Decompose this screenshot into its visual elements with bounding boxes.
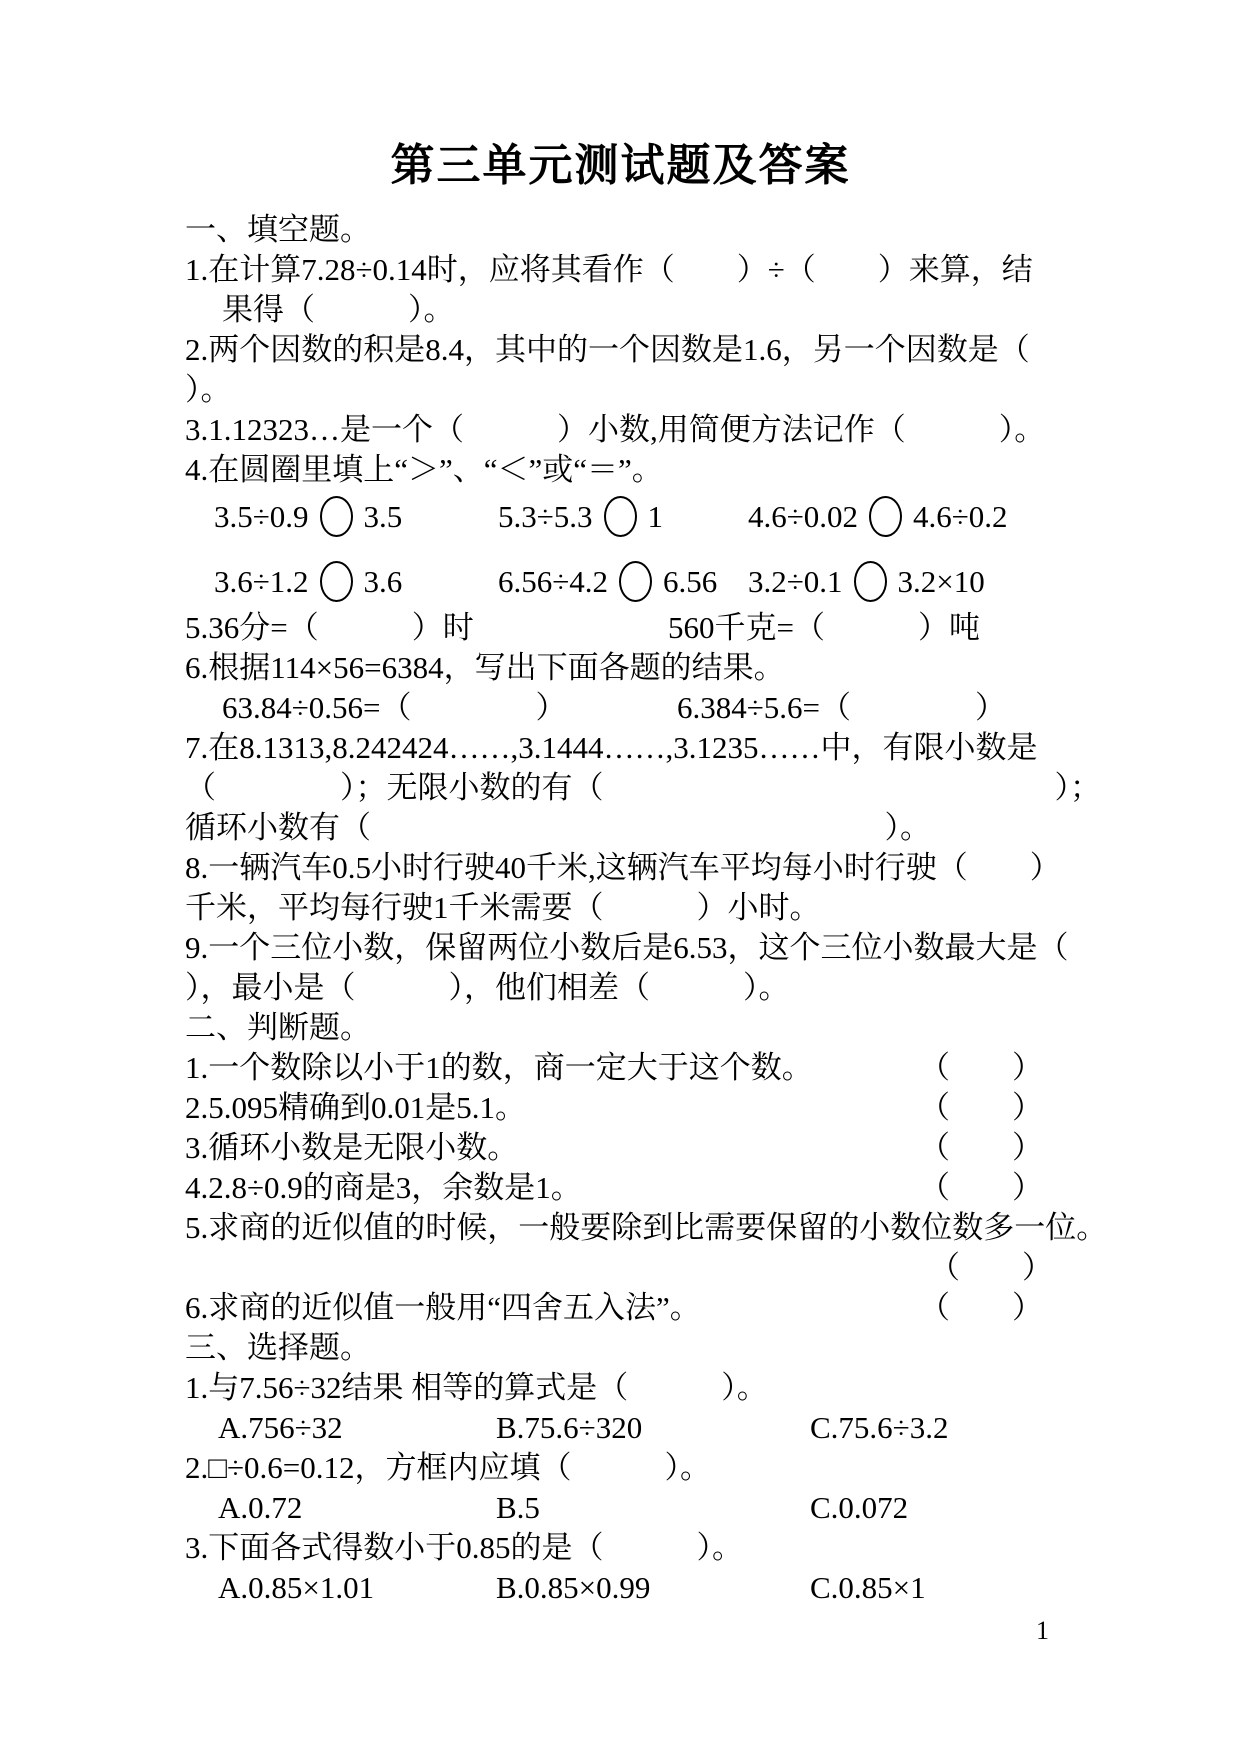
comparison-right-expr: 3.6	[364, 562, 403, 602]
section-heading-judge: 二、判断题。	[185, 1008, 1101, 1048]
fill-q8-line2: 千米，平均每行驶1千米需要（ ）小时。	[185, 888, 1101, 928]
comparison-circle	[604, 496, 637, 537]
judge-q2-text: 2.5.095精确到0.01是5.1。	[185, 1088, 526, 1128]
fill-q6: 6.根据114×56=6384，写出下面各题的结果。	[185, 648, 1101, 688]
fill-q6-answers: 63.84÷0.56=（ ） 6.384÷5.6=（ ）	[185, 688, 1101, 728]
comparison-circle	[854, 561, 887, 602]
judge-q6-answer-blank: （ ）	[919, 1288, 1043, 1328]
comparison-right-expr: 6.56	[663, 562, 717, 602]
comparison-item: 6.56÷4.2 6.56	[498, 561, 748, 602]
choice-q1-option-b: B.75.6÷320	[496, 1408, 810, 1448]
comparison-circle	[320, 496, 353, 537]
fill-q7-line1: 7.在8.1313,8.242424……,3.1444……,3.1235……中，…	[185, 728, 1101, 768]
fill-q1-line1: 1.在计算7.28÷0.14时，应将其看作（ ）÷（ ）来算，结	[185, 250, 1101, 290]
comparison-left-expr: 6.56÷4.2	[498, 562, 608, 602]
fill-q7-line3-right: ）。	[885, 808, 932, 848]
fill-q6-expr2: 6.384÷5.6=（ ）	[677, 688, 1006, 728]
choice-q1-option-a: A.756÷32	[218, 1408, 496, 1448]
fill-q5-kilograms: 560千克=（ ）吨	[668, 608, 980, 648]
choice-q3: 3.下面各式得数小于0.85的是（ ）。	[185, 1528, 1101, 1568]
judge-q4-text: 4.2.8÷0.9的商是3，余数是1。	[185, 1168, 582, 1208]
comparison-left-expr: 3.6÷1.2	[214, 562, 309, 602]
comparison-item: 5.3÷5.3 1	[498, 496, 748, 537]
choice-q3-option-b: B.0.85×0.99	[496, 1568, 810, 1608]
fill-q9-line2: ），最小是（ ），他们相差（ ）。	[185, 968, 1101, 1008]
fill-q7-line3-left: 循环小数有（	[185, 808, 371, 848]
comparison-right-expr: 3.2×10	[898, 562, 985, 602]
comparison-circle	[320, 561, 353, 602]
judge-q6-text: 6.求商的近似值一般用“四舍五入法”。	[185, 1288, 701, 1328]
comparison-left-expr: 3.2÷0.1	[748, 562, 843, 602]
choice-q3-option-a: A.0.85×1.01	[218, 1568, 496, 1608]
page-number: 1	[1036, 1616, 1049, 1646]
comparison-circle	[619, 561, 652, 602]
fill-q4: 4.在圆圈里填上“＞”、“＜”或“＝”。	[185, 450, 1101, 490]
comparison-left-expr: 4.6÷0.02	[748, 497, 858, 537]
judge-q5-text: 5.求商的近似值的时候，一般要除到比需要保留的小数位数多一位。	[185, 1208, 1101, 1248]
fill-q3: 3.1.12323…是一个（ ）小数,用简便方法记作（ ）。	[185, 410, 1101, 450]
judge-q3-text: 3.循环小数是无限小数。	[185, 1128, 518, 1168]
judge-q3-answer-blank: （ ）	[919, 1128, 1043, 1168]
fill-q5-minutes: 5.36分=（ ）时	[185, 608, 668, 648]
comparison-left-expr: 5.3÷5.3	[498, 497, 593, 537]
comparison-item: 3.6÷1.2 3.6	[214, 561, 498, 602]
judge-q1-answer-blank: （ ）	[919, 1048, 1043, 1088]
comparison-circle	[869, 496, 902, 537]
comparison-row-1: 3.5÷0.9 3.5 5.3÷5.3 1 4.6÷0.02 4.6÷0.2	[185, 496, 1101, 537]
fill-q1-line2: 果得（ ）。	[185, 290, 1101, 330]
judge-q2-answer-blank: （ ）	[919, 1088, 1043, 1128]
comparison-item: 3.2÷0.1 3.2×10	[748, 561, 985, 602]
comparison-item: 3.5÷0.9 3.5	[214, 496, 498, 537]
fill-q9-line1: 9.一个三位小数，保留两位小数后是6.53，这个三位小数最大是（	[185, 928, 1101, 968]
comparison-right-expr: 1	[648, 497, 664, 537]
judge-q5-answer-blank: （ ）	[185, 1248, 1101, 1288]
fill-q2-line2: ）。	[185, 370, 1101, 410]
fill-q7-line2: （ ）；无限小数的有（ ）；	[185, 768, 1101, 808]
judge-q1-text: 1.一个数除以小于1的数，商一定大于这个数。	[185, 1048, 813, 1088]
judge-q6: 6.求商的近似值一般用“四舍五入法”。 （ ）	[185, 1288, 1101, 1328]
page-title: 第三单元测试题及答案	[0, 0, 1241, 196]
section-heading-fill-in: 一、填空题。	[185, 210, 1101, 250]
judge-q4: 4.2.8÷0.9的商是3，余数是1。 （ ）	[185, 1168, 1101, 1208]
comparison-right-expr: 3.5	[364, 497, 403, 537]
test-paper-page: 第三单元测试题及答案 一、填空题。 1.在计算7.28÷0.14时，应将其看作（…	[0, 0, 1241, 1754]
comparison-left-expr: 3.5÷0.9	[214, 497, 309, 537]
fill-q5: 5.36分=（ ）时 560千克=（ ）吨	[185, 608, 1101, 648]
choice-q2-options: A.0.72 B.5 C.0.072	[185, 1488, 1101, 1528]
judge-q1: 1.一个数除以小于1的数，商一定大于这个数。 （ ）	[185, 1048, 1101, 1088]
fill-q7-line2-left: （ ）；无限小数的有（	[185, 768, 604, 808]
choice-q3-option-c: C.0.85×1	[810, 1568, 926, 1608]
fill-q2-line1: 2.两个因数的积是8.4，其中的一个因数是1.6，另一个因数是（	[185, 330, 1101, 370]
fill-q7-line3: 循环小数有（ ）。	[185, 808, 1101, 848]
fill-q6-expr1: 63.84÷0.56=（ ）	[222, 688, 677, 728]
section-heading-choice: 三、选择题。	[185, 1328, 1101, 1368]
comparison-row-2: 3.6÷1.2 3.6 6.56÷4.2 6.56 3.2÷0.1 3.2×10	[185, 561, 1101, 602]
choice-q2-option-c: C.0.072	[810, 1488, 908, 1528]
choice-q2-option-b: B.5	[496, 1488, 810, 1528]
fill-q8-line1: 8.一辆汽车0.5小时行驶40千米,这辆汽车平均每小时行驶（ ）	[185, 848, 1101, 888]
comparison-right-expr: 4.6÷0.2	[913, 497, 1008, 537]
choice-q3-options: A.0.85×1.01 B.0.85×0.99 C.0.85×1	[185, 1568, 1101, 1608]
choice-q1-options: A.756÷32 B.75.6÷320 C.75.6÷3.2	[185, 1408, 1101, 1448]
choice-q1: 1.与7.56÷32结果 相等的算式是（ ）。	[185, 1368, 1101, 1408]
judge-q3: 3.循环小数是无限小数。 （ ）	[185, 1128, 1101, 1168]
judge-q2: 2.5.095精确到0.01是5.1。 （ ）	[185, 1088, 1101, 1128]
judge-q4-answer-blank: （ ）	[919, 1168, 1043, 1208]
choice-q1-option-c: C.75.6÷3.2	[810, 1408, 948, 1448]
fill-q7-line2-right: ）；	[1055, 768, 1102, 808]
choice-q2-option-a: A.0.72	[218, 1488, 496, 1528]
paper-content: 一、填空题。 1.在计算7.28÷0.14时，应将其看作（ ）÷（ ）来算，结 …	[185, 210, 1101, 1608]
choice-q2: 2.□÷0.6=0.12，方框内应填（ ）。	[185, 1448, 1101, 1488]
comparison-item: 4.6÷0.02 4.6÷0.2	[748, 496, 1008, 537]
